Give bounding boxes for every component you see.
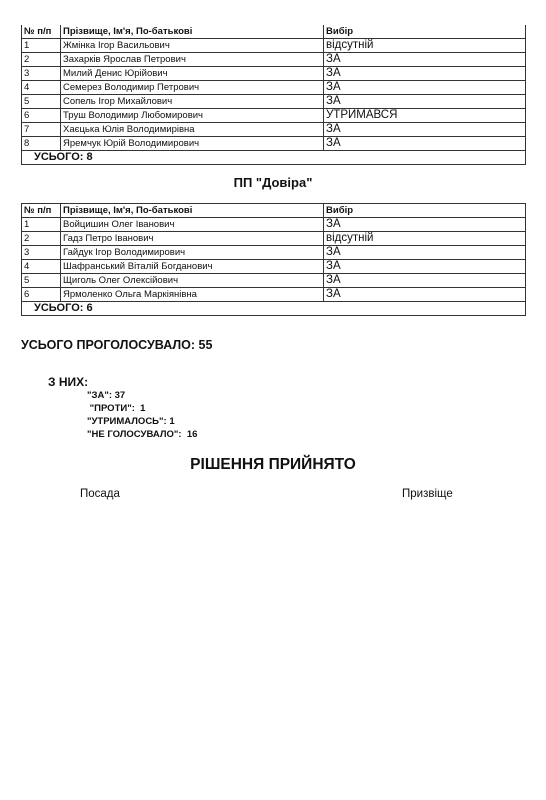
faction-2-title: ПП "Довіра" <box>0 175 546 190</box>
table-row: 3Милий Денис ЮрійовичЗА <box>22 67 526 81</box>
name-cell: Хаєцька Юлія Володимирівна <box>61 123 324 137</box>
signature-name: Призвіще <box>402 488 453 500</box>
choice-cell: ЗА <box>324 218 526 232</box>
choice-cell: ЗА <box>324 288 526 302</box>
number-cell: 3 <box>22 246 61 260</box>
header-name: Прізвище, Ім'я, По-батькові <box>61 25 324 39</box>
total-row: УСЬОГО: 8 <box>22 151 526 165</box>
number-cell: 4 <box>22 81 61 95</box>
table-row: 8Яремчук Юрій ВолодимировичЗА <box>22 137 526 151</box>
number-cell: 8 <box>22 137 61 151</box>
number-cell: 1 <box>22 39 61 53</box>
number-cell: 6 <box>22 109 61 123</box>
choice-cell: ЗА <box>324 246 526 260</box>
name-cell: Сопель Ігор Михайлович <box>61 95 324 109</box>
breakdown-not-voted: "НЕ ГОЛОСУВАЛО": 16 <box>87 428 197 441</box>
name-cell: Щиголь Олег Олексійович <box>61 274 324 288</box>
header-number: № п/п <box>22 204 61 218</box>
number-cell: 2 <box>22 53 61 67</box>
decision-text: РІШЕННЯ ПРИЙНЯТО <box>190 456 356 473</box>
table-header-row: № п/п Прізвище, Ім'я, По-батькові Вибір <box>22 25 526 39</box>
choice-cell: відсутній <box>324 39 526 53</box>
table-row: 4Шафранський Віталій БогдановичЗА <box>22 260 526 274</box>
name-cell: Гадз Петро Іванович <box>61 232 324 246</box>
name-cell: Жмінка Ігор Васильович <box>61 39 324 53</box>
faction-1-vote-table: № п/п Прізвище, Ім'я, По-батькові Вибір … <box>21 25 526 165</box>
name-cell: Яремчук Юрій Володимирович <box>61 137 324 151</box>
number-cell: 4 <box>22 260 61 274</box>
header-number: № п/п <box>22 25 61 39</box>
breakdown-against: "ПРОТИ": 1 <box>87 402 197 415</box>
table-row: 2Захарків Ярослав ПетровичЗА <box>22 53 526 67</box>
signature-position: Посада <box>80 488 120 500</box>
table-row: 1Войцишин Олег ІвановичЗА <box>22 218 526 232</box>
choice-cell: ЗА <box>324 123 526 137</box>
total-count: УСЬОГО: 8 <box>22 151 526 165</box>
name-cell: Захарків Ярослав Петрович <box>61 53 324 67</box>
total-row: УСЬОГО: 6 <box>22 302 526 316</box>
number-cell: 5 <box>22 95 61 109</box>
total-count: УСЬОГО: 6 <box>22 302 526 316</box>
breakdown-abstained: "УТРИМАЛОСЬ": 1 <box>87 415 197 428</box>
number-cell: 7 <box>22 123 61 137</box>
header-name: Прізвище, Ім'я, По-батькові <box>61 204 324 218</box>
name-cell: Гайдук Ігор Володимирович <box>61 246 324 260</box>
choice-cell: відсутній <box>324 232 526 246</box>
choice-cell: ЗА <box>324 53 526 67</box>
table-row: 6Труш Володимир ЛюбомировичУТРИМАВСЯ <box>22 109 526 123</box>
table-row: 3Гайдук Ігор ВолодимировичЗА <box>22 246 526 260</box>
table-row: 1Жмінка Ігор Васильовичвідсутній <box>22 39 526 53</box>
name-cell: Милий Денис Юрійович <box>61 67 324 81</box>
table-row: 5Сопель Ігор МихайловичЗА <box>22 95 526 109</box>
number-cell: 2 <box>22 232 61 246</box>
number-cell: 1 <box>22 218 61 232</box>
table-header-row: № п/п Прізвище, Ім'я, По-батькові Вибір <box>22 204 526 218</box>
choice-cell: ЗА <box>324 67 526 81</box>
choice-cell: УТРИМАВСЯ <box>324 109 526 123</box>
table-row: 4Семерез Володимир ПетровичЗА <box>22 81 526 95</box>
table-row: 2Гадз Петро Івановичвідсутній <box>22 232 526 246</box>
of-them-label: З НИХ: <box>48 375 88 389</box>
header-choice: Вибір <box>324 25 526 39</box>
decision-heading: РІШЕННЯ ПРИЙНЯТО <box>0 456 546 474</box>
choice-cell: ЗА <box>324 95 526 109</box>
grand-total-voted: УСЬОГО ПРОГОЛОСУВАЛО: 55 <box>21 338 212 352</box>
choice-cell: ЗА <box>324 137 526 151</box>
choice-cell: ЗА <box>324 81 526 95</box>
header-choice: Вибір <box>324 204 526 218</box>
breakdown-for: "ЗА": 37 <box>87 389 197 402</box>
name-cell: Шафранський Віталій Богданович <box>61 260 324 274</box>
name-cell: Труш Володимир Любомирович <box>61 109 324 123</box>
choice-cell: ЗА <box>324 274 526 288</box>
name-cell: Войцишин Олег Іванович <box>61 218 324 232</box>
table-row: 7Хаєцька Юлія ВолодимирівнаЗА <box>22 123 526 137</box>
number-cell: 3 <box>22 67 61 81</box>
vote-breakdown: "ЗА": 37 "ПРОТИ": 1 "УТРИМАЛОСЬ": 1 "НЕ … <box>87 389 197 441</box>
number-cell: 5 <box>22 274 61 288</box>
table-row: 5Щиголь Олег ОлексійовичЗА <box>22 274 526 288</box>
table-row: 6Ярмоленко Ольга МаркіянівнаЗА <box>22 288 526 302</box>
faction-2-vote-table: № п/п Прізвище, Ім'я, По-батькові Вибір … <box>21 203 526 316</box>
number-cell: 6 <box>22 288 61 302</box>
name-cell: Ярмоленко Ольга Маркіянівна <box>61 288 324 302</box>
name-cell: Семерез Володимир Петрович <box>61 81 324 95</box>
choice-cell: ЗА <box>324 260 526 274</box>
